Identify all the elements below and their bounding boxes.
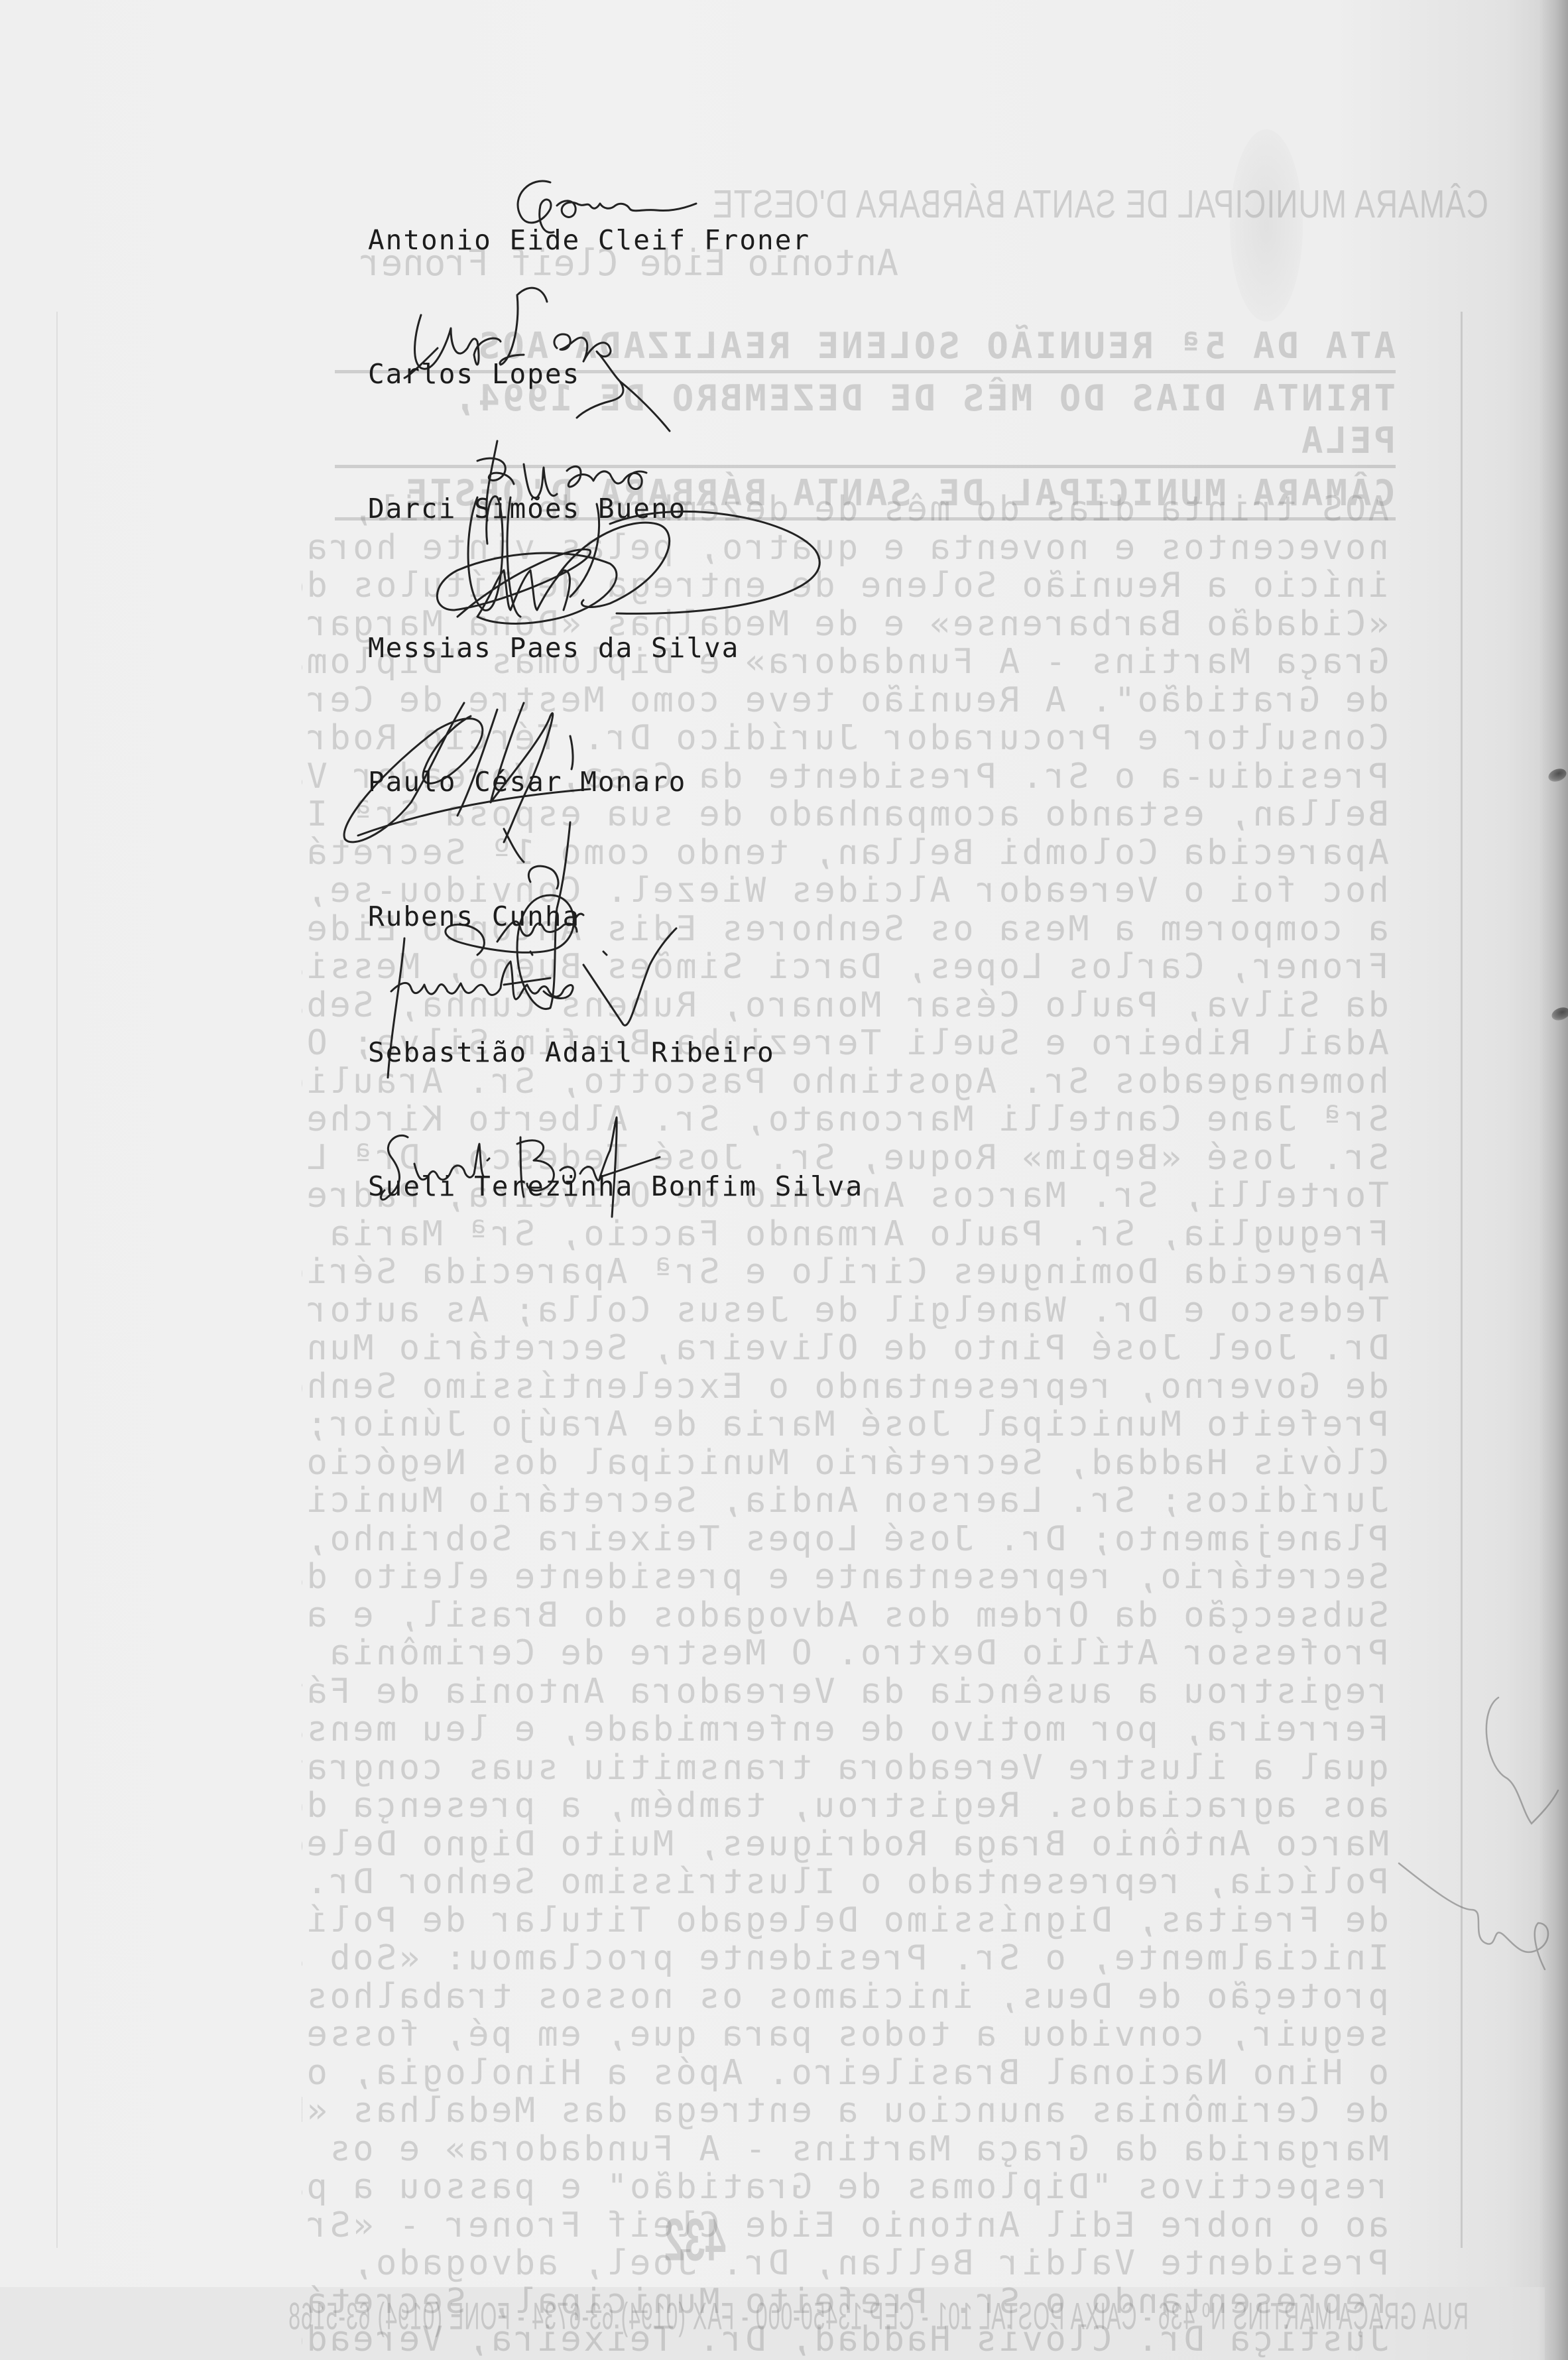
signatory-name: Paulo César Monaro — [368, 766, 686, 798]
signatory-name: Sueli Terezinha Bonfim Silva — [368, 1170, 863, 1202]
pencil-marks — [1392, 1658, 1568, 2122]
signatory-name: Sebastião Adail Ribeiro — [368, 1036, 775, 1068]
embossed-seal — [1230, 129, 1303, 322]
signature-carlos-lopes — [358, 269, 822, 441]
signatory-name: Antonio Eide Cleif Froner — [368, 224, 810, 256]
scan-bottom-band — [0, 2287, 1545, 2360]
signature-messias — [391, 477, 869, 650]
signatory-name: Carlos Lopes — [368, 358, 580, 390]
signatory-name: Messias Paes da Silva — [368, 632, 739, 664]
margin-line-left — [56, 312, 58, 2248]
